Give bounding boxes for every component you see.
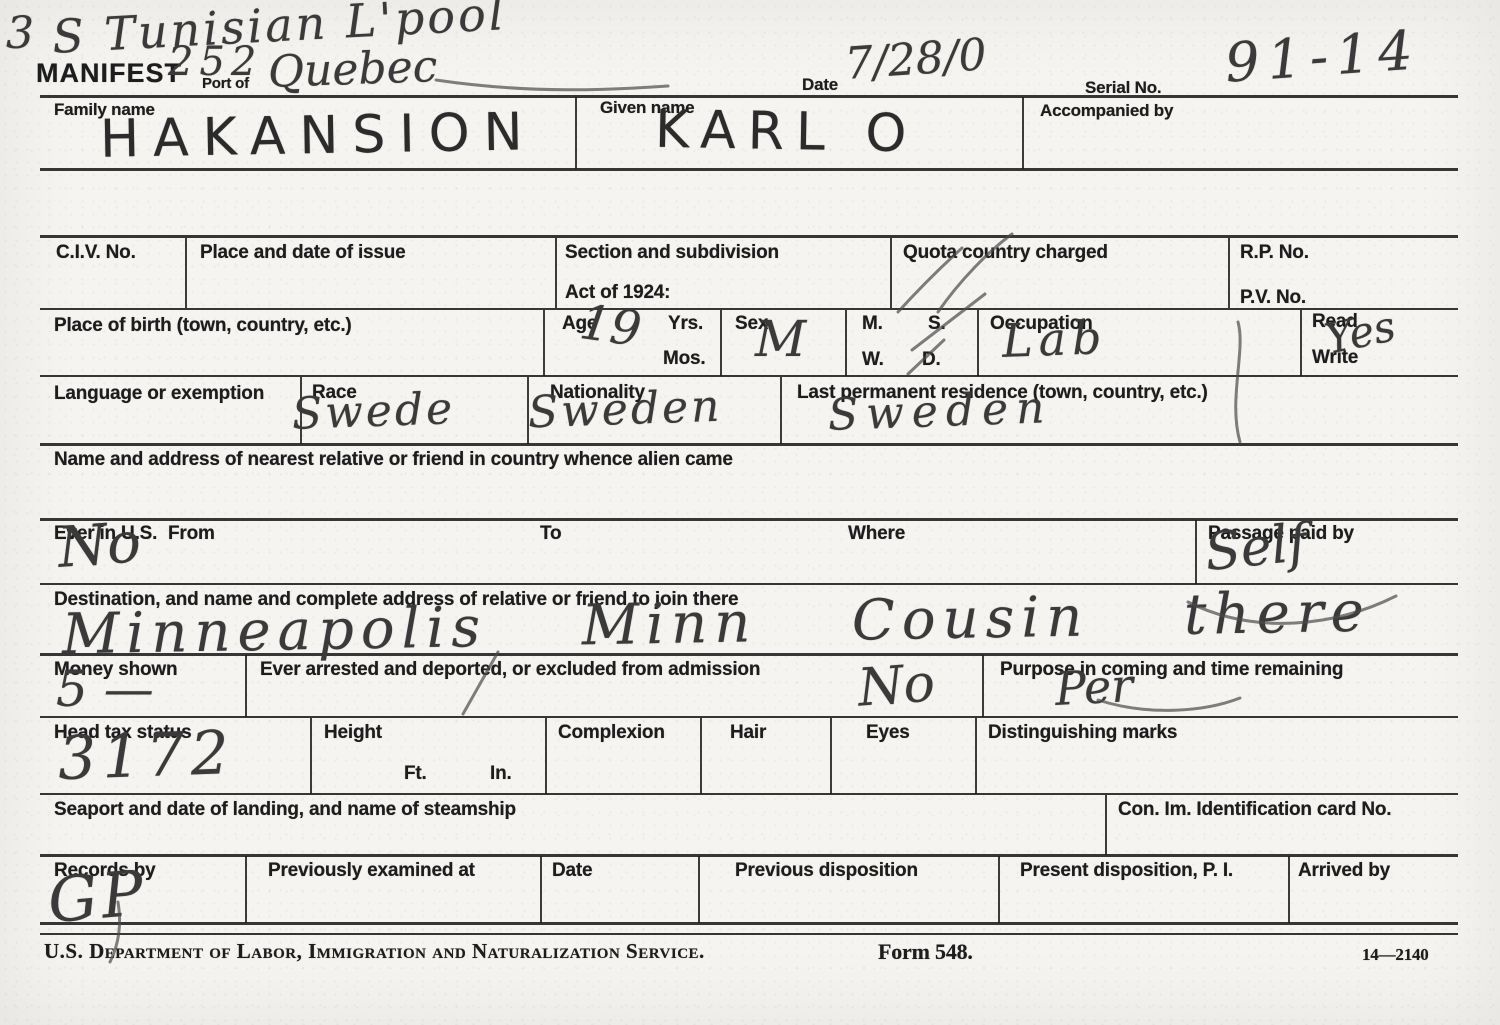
value-occupation: Lab [1001, 314, 1108, 364]
label-complexion: Complexion [558, 723, 665, 742]
rule-horizontal [40, 168, 1458, 171]
label-height: Height [324, 723, 382, 742]
column-divider [977, 310, 979, 376]
label-accompanied-by: Accompanied by [1040, 102, 1173, 119]
value-ever-in-us: No [56, 515, 142, 577]
column-divider [575, 97, 577, 169]
label-language: Language or exemption [54, 384, 264, 403]
label-date: Date [802, 76, 838, 93]
value-age: 19 [577, 298, 644, 354]
footer-form-number: Form 548. [878, 941, 973, 963]
value-port: Quebec [267, 45, 438, 95]
label-section: Section and subdivision [565, 243, 779, 262]
column-divider [245, 655, 247, 717]
column-divider [1228, 238, 1230, 308]
column-divider [1105, 795, 1107, 855]
label-mos: Mos. [663, 349, 705, 368]
label-exam-date: Date [552, 861, 592, 880]
column-divider [1288, 856, 1290, 923]
value-last-residence: Sweden [827, 386, 1053, 438]
column-divider [890, 238, 892, 308]
value-ever-arrested: No [856, 657, 936, 714]
label-quota-country: Quota country charged [903, 243, 1108, 262]
label-previously-examined: Previously examined at [268, 861, 475, 880]
column-divider [1022, 97, 1024, 169]
value-purpose: Per [1054, 662, 1134, 712]
label-eyes: Eyes [866, 723, 910, 742]
label-yrs: Yrs. [668, 314, 703, 333]
label-civ-no: C.I.V. No. [56, 243, 136, 262]
residence-flourish [1236, 322, 1240, 442]
value-race: Swede [291, 387, 455, 437]
label-widowed: W. [862, 350, 884, 369]
column-divider [1195, 520, 1197, 584]
column-divider [545, 718, 547, 794]
rule-horizontal [40, 933, 1458, 935]
rule-horizontal [40, 922, 1458, 925]
column-divider [998, 856, 1000, 923]
footer-agency: U.S. Department of Labor, Immigration an… [44, 941, 705, 962]
label-seaport: Seaport and date of landing, and name of… [54, 800, 516, 819]
rule-horizontal [40, 95, 1458, 98]
label-port-of: Port of [202, 76, 249, 91]
column-divider [720, 310, 722, 376]
value-read-write: Yes [1321, 305, 1399, 361]
rule-horizontal [40, 235, 1458, 238]
value-date: 7/28/0 [844, 33, 988, 87]
label-married: M. [862, 314, 883, 333]
column-divider [700, 718, 702, 794]
label-place-of-birth: Place of birth (town, country, etc.) [54, 316, 352, 335]
value-money-shown: 5 — [56, 664, 154, 714]
rule-horizontal [40, 443, 1458, 446]
label-rp-no: R.P. No. [1240, 243, 1309, 262]
label-nearest-relative: Name and address of nearest relative or … [54, 450, 733, 469]
label-feet: Ft. [404, 764, 427, 783]
rule-horizontal [40, 793, 1458, 795]
label-serial-no: Serial No. [1085, 79, 1161, 96]
column-divider [543, 310, 545, 376]
value-group-number: 3 [6, 12, 34, 56]
label-present-disposition: Present disposition, P. I. [1020, 861, 1233, 880]
value-given-name: KARL O [655, 104, 919, 161]
column-divider [245, 856, 247, 923]
single-checkmark-stroke [912, 294, 985, 350]
label-hair: Hair [730, 723, 766, 742]
label-previous-disposition: Previous disposition [735, 861, 918, 880]
label-con-im: Con. Im. Identification card No. [1118, 800, 1391, 819]
label-divorced: D. [922, 350, 941, 369]
footer-print-code: 14—2140 [1362, 946, 1429, 963]
value-records-by: GP [45, 862, 149, 932]
column-divider [845, 310, 847, 376]
label-purpose: Purpose in coming and time remaining [1000, 660, 1343, 679]
label-single: S. [928, 314, 946, 333]
label-ever-arrested: Ever arrested and deported, or excluded … [260, 660, 760, 679]
column-divider [1300, 310, 1302, 376]
column-divider [185, 238, 187, 308]
value-sex: M [755, 314, 806, 364]
value-head-tax: 3172 [57, 723, 236, 789]
form-title: MANIFEST [36, 60, 182, 87]
value-serial-no: 91-14 [1223, 23, 1422, 91]
label-pv-no: P.V. No. [1240, 288, 1306, 307]
rule-horizontal [40, 375, 1458, 377]
manifest-form: 3 S Tunisian L'pool MANIFEST 252 Port of… [0, 0, 1500, 1025]
rule-horizontal [40, 308, 1458, 310]
port-underline-flourish [436, 80, 668, 90]
label-inches: In. [490, 764, 512, 783]
column-divider [830, 718, 832, 794]
label-where: Where [848, 524, 905, 543]
rule-horizontal [40, 716, 1458, 718]
label-from: From [168, 524, 215, 543]
column-divider [982, 655, 984, 717]
value-passage-paid: Self [1203, 517, 1310, 579]
column-divider [540, 856, 542, 923]
column-divider [698, 856, 700, 923]
column-divider [780, 377, 782, 444]
value-family-name: HAKANSION [100, 106, 537, 166]
label-to: To [540, 524, 561, 543]
label-place-of-issue: Place and date of issue [200, 243, 406, 262]
column-divider [975, 718, 977, 794]
column-divider [310, 718, 312, 794]
label-marks: Distinguishing marks [988, 723, 1177, 742]
rule-horizontal [40, 854, 1458, 857]
column-divider [555, 238, 557, 308]
label-arrived-by: Arrived by [1298, 861, 1390, 880]
value-nationality: Sweden [527, 385, 723, 436]
